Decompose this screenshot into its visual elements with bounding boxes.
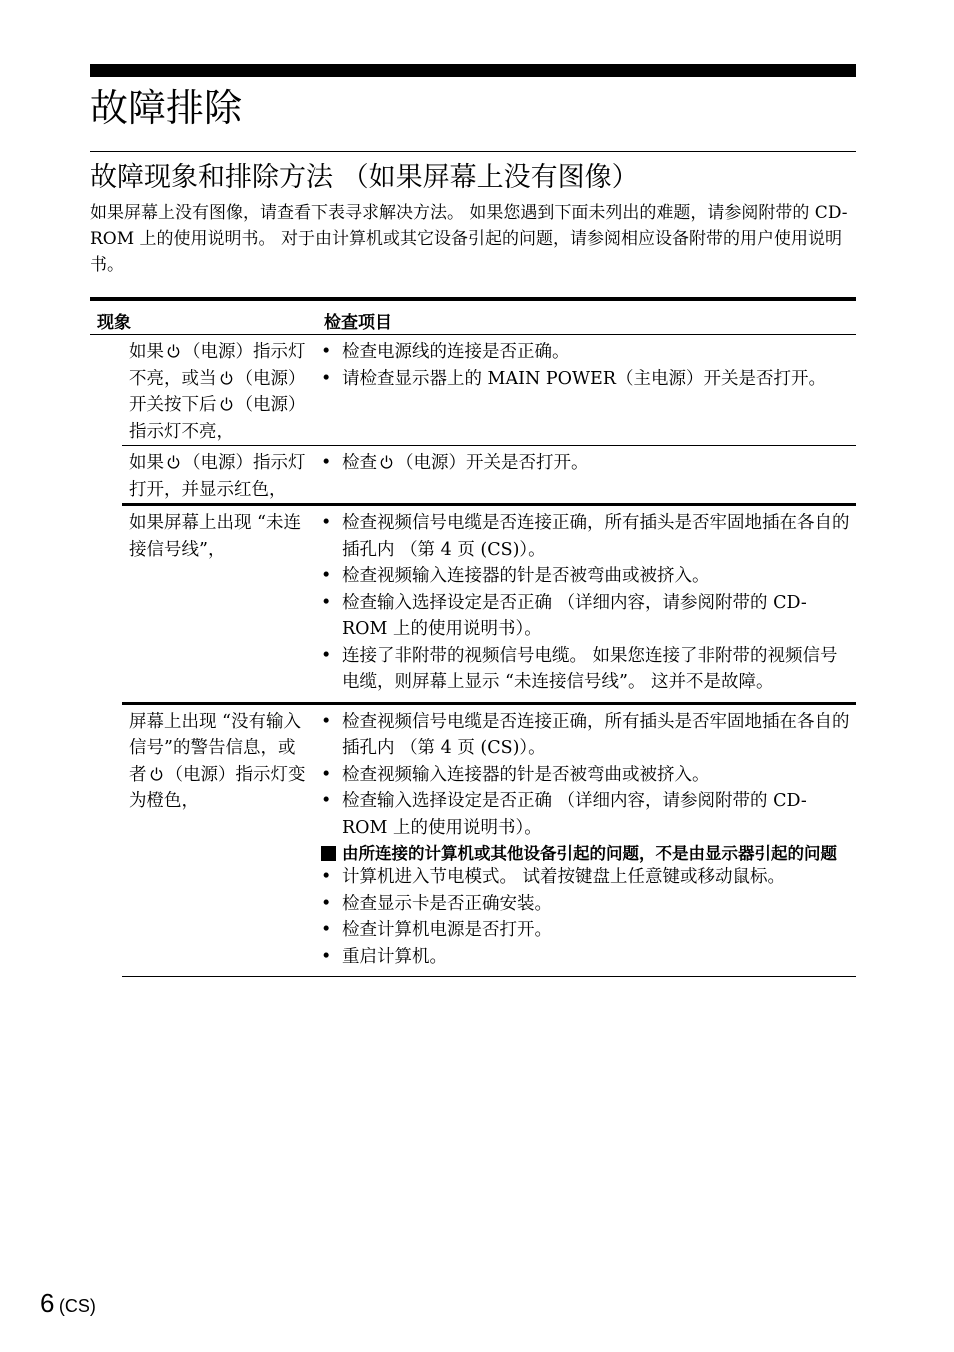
power-icon [379, 454, 394, 470]
check-item: •检查计算机电源是否打开。 [321, 917, 851, 944]
check-item: •检查显示卡是否正确安装。 [321, 891, 851, 918]
header-bar [90, 64, 856, 77]
table-header: 现象 检查项目 [90, 297, 856, 335]
check-item: •检查输入选择设定是否正确 （详细内容，请参阅附带的 CD-ROM 上的使用说明… [321, 788, 851, 841]
power-icon [166, 454, 181, 470]
divider [90, 151, 856, 152]
check-item: •检查（电源）开关是否打开。 [321, 450, 851, 477]
check-item: •检查电源线的连接是否正确。 [321, 339, 851, 366]
table-row: 如果（电源）指示灯不亮，或当（电源）开关按下后（电源）指示灯不亮， •检查电源线… [122, 335, 856, 446]
check-text: 检查输入选择设定是否正确 （详细内容，请参阅附带的 CD-ROM 上的使用说明书… [342, 791, 807, 838]
check-text: 检查视频输入连接器的针是否被弯曲或被挤入。 [342, 765, 710, 785]
check-text: 检查输入选择设定是否正确 （详细内容，请参阅附带的 CD-ROM 上的使用说明书… [342, 593, 807, 640]
symptom-cell: 如果（电源）指示灯打开，并显示红色， [122, 446, 309, 503]
check-item: •检查视频信号电缆是否连接正确，所有插头是否牢固地插在各自的插孔内 （第 4 页… [321, 709, 851, 762]
check-item: •检查视频输入连接器的针是否被弯曲或被挤入。 [321, 563, 851, 590]
check-text: 重启计算机。 [342, 947, 447, 967]
symptom-cell: 如果屏幕上出现 “未连接信号线”， [122, 506, 309, 702]
bullet-icon: • [321, 366, 331, 393]
bullet-icon: • [321, 590, 331, 617]
checks-cell: •检查（电源）开关是否打开。 [309, 446, 851, 503]
check-item: •请检查显示器上的 MAIN POWER（主电源）开关是否打开。 [321, 366, 851, 393]
bullet-icon: • [321, 339, 331, 366]
bullet-icon: • [321, 762, 331, 789]
section-title: 故障现象和排除方法 （如果屏幕上没有图像） [90, 158, 639, 198]
bullet-icon: • [321, 788, 331, 815]
bullet-icon: • [321, 450, 331, 477]
power-icon [219, 396, 234, 412]
bullet-icon: • [321, 944, 331, 971]
symptom-cell: 屏幕上出现 “没有输入信号”的警告信息，或者（电源）指示灯变为橙色， [122, 705, 309, 977]
bullet-icon: • [321, 643, 331, 670]
checks-cell: •检查电源线的连接是否正确。 •请检查显示器上的 MAIN POWER（主电源）… [309, 335, 851, 445]
check-text: 检查电源线的连接是否正确。 [342, 342, 570, 362]
bullet-icon: • [321, 864, 331, 891]
header-symptom: 现象 [97, 308, 131, 333]
symptom-cell: 如果（电源）指示灯不亮，或当（电源）开关按下后（电源）指示灯不亮， [122, 335, 309, 445]
power-icon [219, 370, 234, 386]
troubleshooting-table: 现象 检查项目 如果（电源）指示灯不亮，或当（电源）开关按下后（电源）指示灯不亮… [90, 297, 856, 977]
table-row: 如果（电源）指示灯打开，并显示红色， •检查（电源）开关是否打开。 [122, 446, 856, 506]
bullet-icon: • [321, 917, 331, 944]
page-title: 故障排除 [90, 84, 242, 132]
check-text: 计算机进入节电模式。 试着按键盘上任意键或移动鼠标。 [342, 867, 785, 887]
check-text: 检查视频信号电缆是否连接正确，所有插头是否牢固地插在各自的插孔内 （第 4 页 … [342, 513, 850, 560]
subheading-text: 由所连接的计算机或其他设备引起的问题，不是由显示器引起的问题 [342, 844, 837, 863]
page-footer: 6 (CS) [40, 1288, 96, 1319]
checks-cell: •检查视频信号电缆是否连接正确，所有插头是否牢固地插在各自的插孔内 （第 4 页… [309, 705, 851, 977]
table-row: 如果屏幕上出现 “未连接信号线”， •检查视频信号电缆是否连接正确，所有插头是否… [122, 506, 856, 705]
check-item: •检查视频信号电缆是否连接正确，所有插头是否牢固地插在各自的插孔内 （第 4 页… [321, 510, 851, 563]
checks-cell: •检查视频信号电缆是否连接正确，所有插头是否牢固地插在各自的插孔内 （第 4 页… [309, 506, 851, 702]
check-text: （电源）开关是否打开。 [396, 453, 589, 473]
check-text: 连接了非附带的视频信号电缆。 如果您连接了非附带的视频信号电缆，则屏幕上显示 “… [342, 646, 838, 693]
check-text: 检查计算机电源是否打开。 [342, 920, 552, 940]
bullet-icon: • [321, 709, 331, 736]
check-text: 检查显示卡是否正确安装。 [342, 894, 552, 914]
check-text: 检查 [342, 453, 377, 473]
power-icon [149, 766, 164, 782]
square-icon [321, 846, 336, 861]
check-item: •检查视频输入连接器的针是否被弯曲或被挤入。 [321, 762, 851, 789]
check-text: 检查视频信号电缆是否连接正确，所有插头是否牢固地插在各自的插孔内 （第 4 页 … [342, 712, 850, 759]
symptom-text: 如果 [129, 342, 164, 362]
check-text: 请检查显示器上的 MAIN POWER（主电源）开关是否打开。 [342, 369, 826, 389]
header-checks: 检查项目 [324, 308, 392, 333]
check-text: 检查视频输入连接器的针是否被弯曲或被挤入。 [342, 566, 710, 586]
language-code: (CS) [59, 1296, 96, 1316]
bullet-icon: • [321, 563, 331, 590]
page-number: 6 [40, 1288, 54, 1318]
check-item: •重启计算机。 [321, 944, 851, 971]
subheading: 由所连接的计算机或其他设备引起的问题，不是由显示器引起的问题 [321, 843, 851, 864]
check-item: •连接了非附带的视频信号电缆。 如果您连接了非附带的视频信号电缆，则屏幕上显示 … [321, 643, 851, 696]
table-row: 屏幕上出现 “没有输入信号”的警告信息，或者（电源）指示灯变为橙色， •检查视频… [122, 705, 856, 978]
bullet-icon: • [321, 510, 331, 537]
symptom-text: 如果 [129, 453, 164, 473]
bullet-icon: • [321, 891, 331, 918]
check-item: •计算机进入节电模式。 试着按键盘上任意键或移动鼠标。 [321, 864, 851, 891]
check-item: •检查输入选择设定是否正确 （详细内容，请参阅附带的 CD-ROM 上的使用说明… [321, 590, 851, 643]
power-icon [166, 343, 181, 359]
intro-paragraph: 如果屏幕上没有图像，请查看下表寻求解决方法。 如果您遇到下面未列出的难题，请参阅… [90, 200, 856, 278]
